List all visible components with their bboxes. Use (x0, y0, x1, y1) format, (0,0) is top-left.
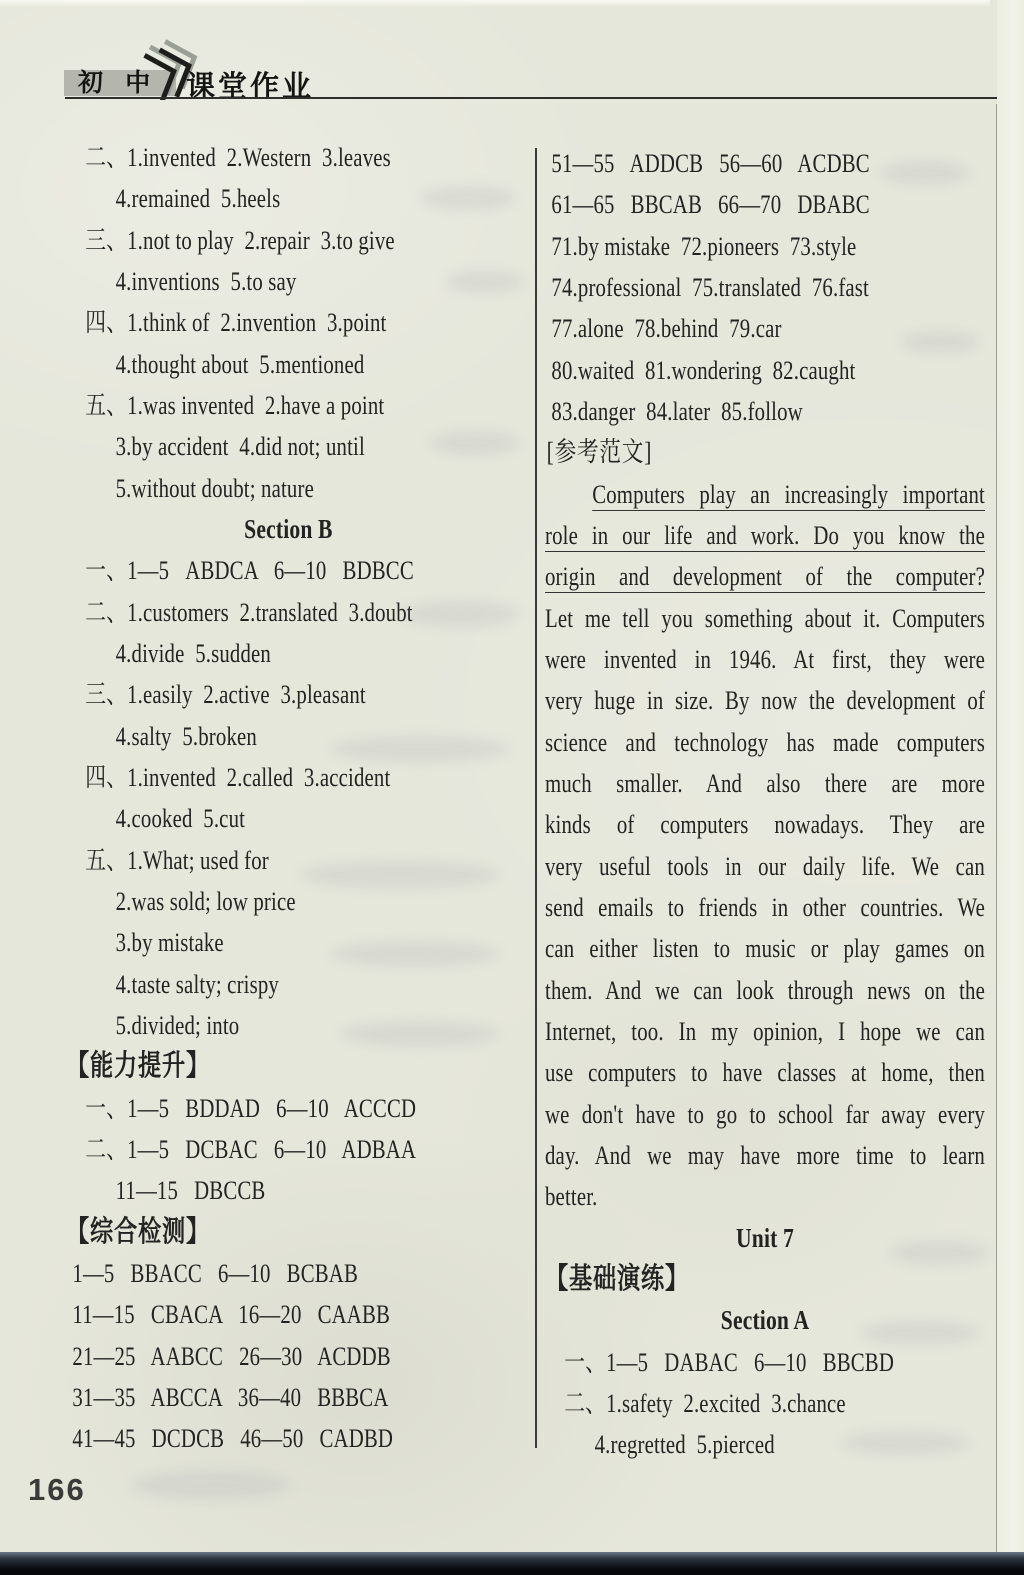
answer-line-continued: 4.inventions 5.to say (66, 261, 511, 302)
essay-line: use computers to have classes at home, t… (545, 1052, 985, 1093)
essay-line: were invented in 1946. At first, they we… (545, 639, 985, 680)
essay-line: we don't have to go to school far away e… (545, 1094, 985, 1135)
answer-line: 三、1.easily 2.active 3.pleasant (66, 674, 511, 715)
answer-line: 11—15 CBACA 16—20 CAABB (66, 1294, 511, 1335)
answer-line-continued: 4.salty 5.broken (66, 716, 511, 757)
essay-line: very useful tools in our daily life. We … (545, 846, 985, 887)
answer-line: 31—35 ABCCA 36—40 BBBCA (66, 1377, 511, 1418)
column-divider (535, 148, 537, 1448)
answer-line: 71.by mistake 72.pioneers 73.style (545, 226, 985, 267)
essay-line: day. And we may have more time to learn (545, 1135, 985, 1176)
answer-line-continued: 5.without doubt; nature (66, 468, 511, 509)
section-heading: Unit 7 (545, 1218, 985, 1259)
answer-line: 41—45 DCDCB 46—50 CADBD (66, 1418, 511, 1459)
answer-line: 二、1.safety 2.excited 3.chance (545, 1383, 985, 1424)
page-right-edge (997, 0, 1024, 1575)
answer-line-continued: 4.regretted 5.pierced (545, 1424, 985, 1465)
scan-bottom-band (0, 1552, 1024, 1575)
essay-line: them. And we can look through news on th… (545, 970, 985, 1011)
answer-line-continued: 11—15 DBCCB (66, 1170, 511, 1211)
answer-line: 四、1.think of 2.invention 3.point (66, 302, 511, 343)
answer-line: 61—65 BBCAB 66—70 DBABC (545, 184, 985, 225)
section-heading: Section A (545, 1300, 985, 1341)
answer-line: 一、1—5 DABAC 6—10 BBCBD (545, 1342, 985, 1383)
section-label: 【基础演练】 (545, 1259, 985, 1300)
answer-line: 1—5 BBACC 6—10 BCBAB (66, 1253, 511, 1294)
answer-line: 一、1—5 ABDCA 6—10 BDBCC (66, 550, 511, 591)
scan-top-edge (0, 0, 990, 7)
answer-line: 21—25 AABCC 26—30 ACDDB (66, 1336, 511, 1377)
answer-line-continued: 4.divide 5.sudden (66, 633, 511, 674)
book-page: 初 中 课堂作业 二、1.invented 2.Western 3.leaves… (0, 0, 1024, 1575)
answer-line: 83.danger 84.later 85.follow (545, 391, 985, 432)
essay-line: can either listen to music or play games… (545, 928, 985, 969)
section-label: 【综合检测】 (66, 1212, 511, 1253)
essay-line: Computers play an increasingly important (545, 474, 985, 515)
essay-line: much smaller. And also there are more (545, 763, 985, 804)
answer-line-continued: 3.by accident 4.did not; until (66, 426, 511, 467)
page-number: 166 (28, 1472, 86, 1508)
section-heading: Section B (66, 509, 511, 550)
essay-line: role in our life and work. Do you know t… (545, 515, 985, 556)
answer-line-continued: 5.divided; into (66, 1005, 511, 1046)
answer-line-continued: 4.thought about 5.mentioned (66, 344, 511, 385)
essay-line: Let me tell you something about it. Comp… (545, 598, 985, 639)
answer-line: 二、1.invented 2.Western 3.leaves (66, 137, 511, 178)
essay-line: science and technology has made computer… (545, 722, 985, 763)
answer-line-continued: 2.was sold; low price (66, 881, 511, 922)
page-edge-line (996, 104, 997, 1552)
answer-line-continued: 3.by mistake (66, 922, 511, 963)
header-rule (65, 97, 1010, 99)
answer-line: 二、1—5 DCBAC 6—10 ADBAA (66, 1129, 511, 1170)
bleed-through-artifact (130, 1470, 290, 1500)
essay-line: origin and development of the computer? (545, 556, 985, 597)
section-label: 【能力提升】 (66, 1046, 511, 1087)
answer-line: 74.professional 75.translated 76.fast (545, 267, 985, 308)
answer-line-continued: 4.taste salty; crispy (66, 964, 511, 1005)
essay-line: kinds of computers nowadays. They are (545, 804, 985, 845)
answer-line: 77.alone 78.behind 79.car (545, 308, 985, 349)
answers-right-column: 51—55 ADDCB 56—60 ACDBC61—65 BBCAB 66—70… (545, 143, 985, 1466)
answer-line: 一、1—5 BDDAD 6—10 ACCCD (66, 1088, 511, 1129)
answers-left-column: 二、1.invented 2.Western 3.leaves4.remaine… (66, 137, 511, 1460)
reference-essay-label: [参考范文] (545, 432, 985, 473)
answer-line: 三、1.not to play 2.repair 3.to give (66, 220, 511, 261)
essay-line: very huge in size. By now the developmen… (545, 680, 985, 721)
answer-line: 51—55 ADDCB 56—60 ACDBC (545, 143, 985, 184)
answer-line-continued: 4.cooked 5.cut (66, 798, 511, 839)
answer-line: 二、1.customers 2.translated 3.doubt (66, 592, 511, 633)
answer-line: 五、1.was invented 2.have a point (66, 385, 511, 426)
answer-line-continued: 4.remained 5.heels (66, 178, 511, 219)
essay-line: better. (545, 1176, 985, 1217)
answer-line: 80.waited 81.wondering 82.caught (545, 350, 985, 391)
essay-line: send emails to friends in other countrie… (545, 887, 985, 928)
answer-line: 五、1.What; used for (66, 840, 511, 881)
answer-line: 四、1.invented 2.called 3.accident (66, 757, 511, 798)
essay-line: Internet, too. In my opinion, I hope we … (545, 1011, 985, 1052)
